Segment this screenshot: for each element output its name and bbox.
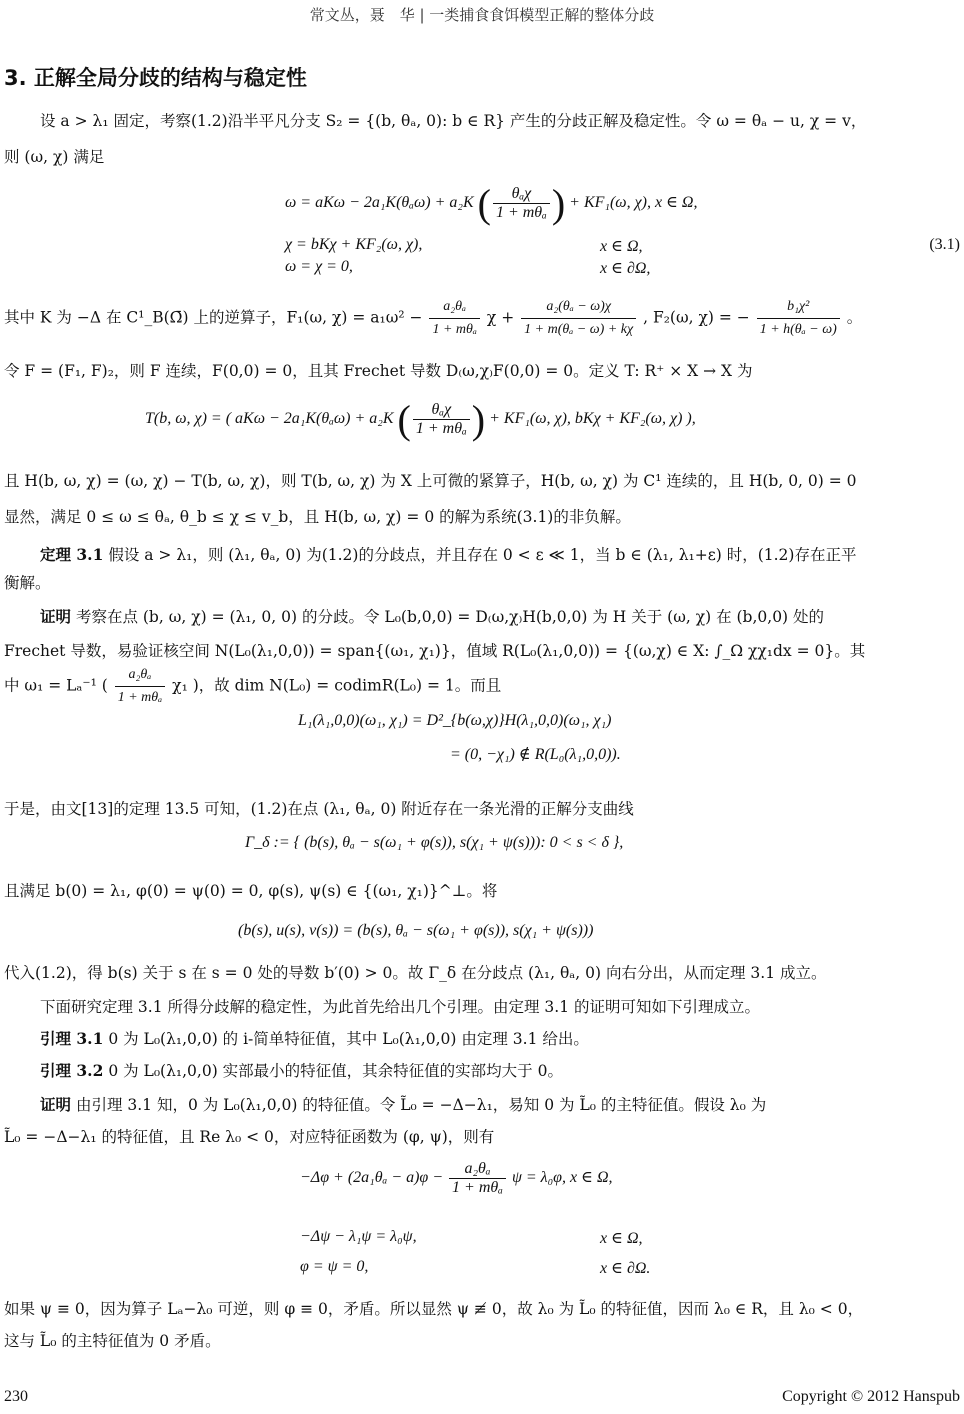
paragraph-branch-curve: 于是，由文[13]的定理 13.5 可知，(1.2)在点 (λ₁, θₐ, 0)… — [4, 798, 634, 820]
paragraph-conditions: 且满足 b(0) = λ₁, φ(0) = ψ(0) = 0, φ(s), ψ(… — [4, 880, 497, 902]
lemma-3-1: 引理 3.1 0 为 L₀(λ₁,0,0) 的 i-简单特征值，其中 L₀(λ₁… — [40, 1028, 589, 1050]
equation-3-1-row1: ω = aKω − 2a₁K(θₐω) + a₂K (θₐχ1 + mθₐ) +… — [285, 180, 697, 227]
paragraph-setup: 设 a > λ₁ 固定，考察(1.2)沿半平凡分支 S₂ = {(b, θₐ, … — [40, 110, 866, 132]
lemma-3-2-label: 引理 3.2 — [40, 1061, 103, 1080]
proof-theorem-3-1: 证明 考察在点 (b, ω, χ) = (λ₁, 0, 0) 的分歧。令 L₀(… — [40, 606, 824, 628]
theorem-3-1-label: 定理 3.1 — [40, 545, 103, 564]
lemma-3-2: 引理 3.2 0 为 L₀(λ₁,0,0) 实部最小的特征值，其余特征值的实部均… — [40, 1060, 563, 1082]
theorem-3-1-cont: 衡解。 — [4, 572, 51, 594]
lemma-3-1-label: 引理 3.1 — [40, 1029, 103, 1048]
equation-3-1-row2-cond: x ∈ Ω, — [600, 236, 643, 256]
proof-label-2: 证明 — [40, 1095, 71, 1114]
equation-eigen-row2: −Δψ − λ₁ψ = λ₀ψ, — [300, 1228, 417, 1246]
equation-eigen-row2-cond: x ∈ Ω, — [600, 1228, 643, 1248]
paragraph-contradiction: 如果 ψ ≡ 0，因为算子 Lₐ−λ₀ 可逆，则 φ ≡ 0，矛盾。所以显然 ψ… — [4, 1298, 863, 1320]
paragraph-nonneg-solution: 显然，满足 0 ≤ ω ≤ θₐ, θ_b ≤ χ ≤ v_b，且 H(b, ω… — [4, 506, 631, 528]
equation-3-1-row3: ω = χ = 0, — [285, 258, 353, 276]
proof-label: 证明 — [40, 607, 71, 626]
equation-L1-row1: L₁(λ₁,0,0)(ω₁, χ₁) = D²_{b(ω,χ)}H(λ₁,0,0… — [298, 712, 611, 730]
paragraph-operator-defs: 其中 K 为 −Δ 在 C¹_B(Ω̄) 上的逆算子，F₁(ω, χ) = a₁… — [4, 296, 862, 341]
paragraph-setup-cont: 则 (ω, χ) 满足 — [4, 146, 104, 168]
section-title: 3. 正解全局分歧的结构与稳定性 — [4, 62, 307, 92]
theorem-3-1: 定理 3.1 假设 a > λ₁，则 (λ₁, θₐ, 0) 为(1.2)的分歧… — [40, 544, 856, 566]
equation-label-3-1: (3.1) — [929, 236, 960, 254]
equation-eigen-row3-cond: x ∈ ∂Ω. — [600, 1258, 650, 1278]
equation-substitution: (b(s), u(s), v(s)) = (b(s), θₐ − s(ω₁ + … — [238, 922, 593, 940]
equation-gamma-delta: Γ_δ := { (b(s), θₐ − s(ω₁ + φ(s)), s(χ₁ … — [245, 834, 623, 852]
equation-3-1-row2: χ = bKχ + KF₂(ω, χ), — [285, 236, 422, 254]
equation-eigen-row3: φ = ψ = 0, — [300, 1258, 368, 1276]
paragraph-frechet: 令 F = (F₁, F)₂，则 F 连续，F(0,0) = 0，且其 Frec… — [4, 360, 753, 382]
equation-eigen-row1: −Δφ + (2a₁θₐ − a)φ − a₂θₐ1 + mθₐ ψ = λ₀φ… — [300, 1160, 613, 1197]
equation-3-1-row3-cond: x ∈ ∂Ω, — [600, 258, 650, 278]
paragraph-H-definition: 且 H(b, ω, χ) = (ω, χ) − T(b, ω, χ)，则 T(b… — [4, 470, 857, 492]
equation-L1-row2: = (0, −χ₁) ∉ R(L₀(λ₁,0,0)). — [450, 744, 621, 764]
paragraph-contradiction-cont: 这与 L̃₀ 的主特征值为 0 矛盾。 — [4, 1330, 221, 1352]
proof-lemma-3-2-line2: L̃₀ = −Δ−λ₁ 的特征值，且 Re λ₀ < 0，对应特征函数为 (φ,… — [4, 1126, 494, 1148]
proof-theorem-3-1-line3: 中 ω₁ = Lₐ⁻¹ ( a₂θₐ1 + mθₐ χ₁ )，故 dim N(L… — [4, 664, 501, 709]
proof-theorem-3-1-line2: Frechet 导数，易验证核空间 N(L₀(λ₁,0,0)) = span{(… — [4, 640, 865, 662]
running-header: 常文丛，聂 华 | 一类捕食食饵模型正解的整体分歧 — [0, 4, 964, 25]
copyright: Copyright © 2012 Hanspub — [782, 1388, 960, 1406]
page-number: 230 — [4, 1388, 28, 1406]
paragraph-stability-intro: 下面研究定理 3.1 所得分歧解的稳定性，为此首先给出几个引理。由定理 3.1 … — [40, 996, 760, 1018]
paragraph-bifurcate-right: 代入(1.2)，得 b(s) 关于 s 在 s = 0 处的导数 b′(0) >… — [4, 962, 826, 984]
proof-lemma-3-2: 证明 由引理 3.1 知，0 为 L₀(λ₁,0,0) 的特征值。令 L̃₀ =… — [40, 1094, 766, 1116]
equation-T-definition: T(b, ω, χ) = ( aKω − 2a₁K(θₐω) + a₂K (θₐ… — [145, 396, 696, 443]
